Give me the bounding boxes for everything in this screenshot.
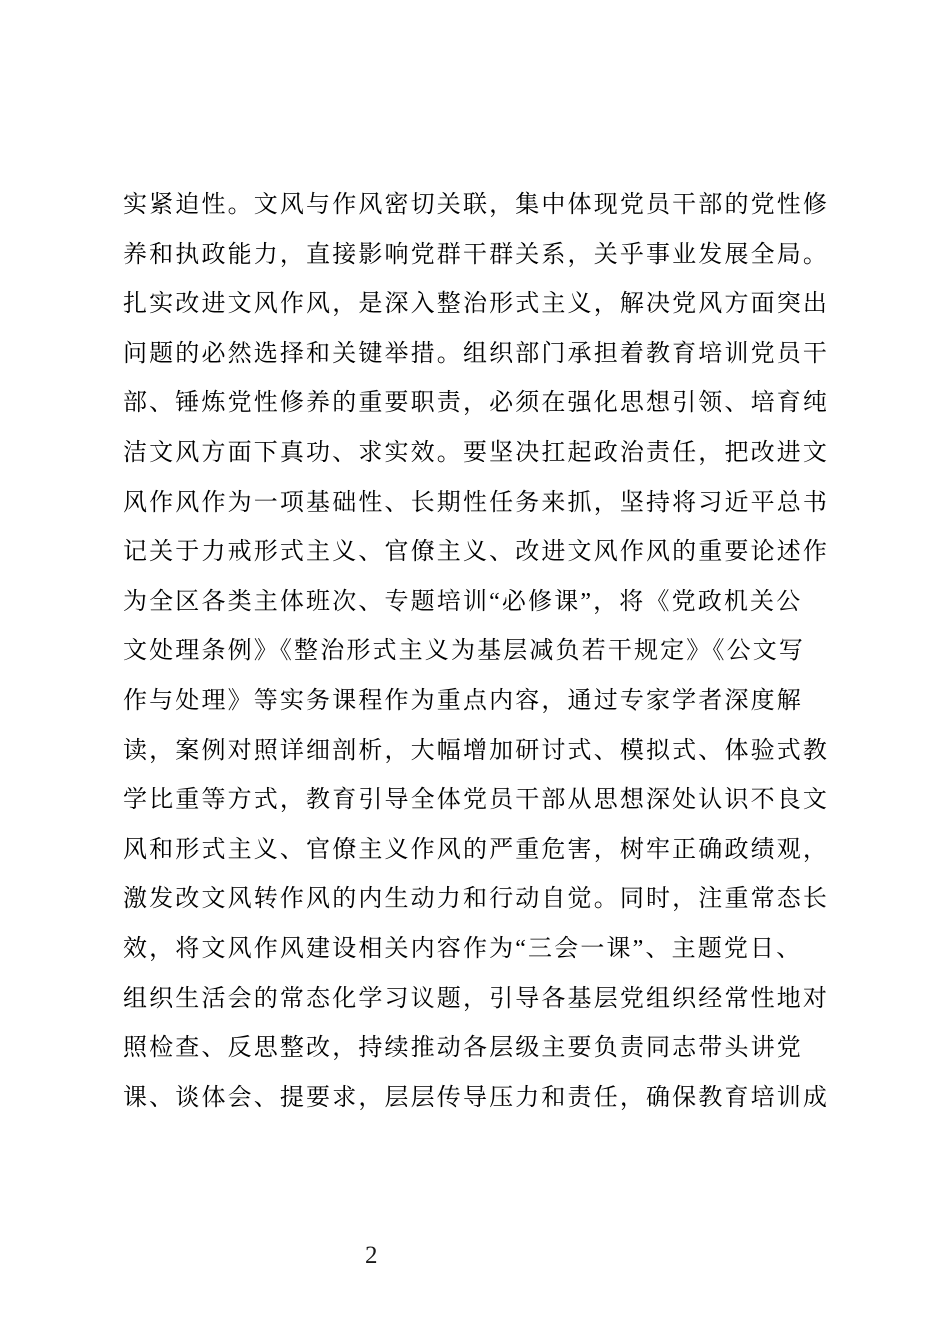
body-line: 文处理条例》《整治形式主义为基层减负若干规定》《公文写	[123, 627, 883, 677]
body-line: 洁文风方面下真功、求实效。要坚决扛起政治责任，把改进文	[123, 429, 883, 479]
page-number: 2	[365, 1241, 378, 1271]
body-line: 效，将文风作风建设相关内容作为“三会一课”、主题党日、	[123, 925, 883, 975]
body-line: 为全区各类主体班次、专题培训“必修课”，将《党政机关公	[123, 578, 883, 628]
body-line: 照检查、反思整改，持续推动各层级主要负责同志带头讲党	[123, 1024, 883, 1074]
body-line: 作与处理》等实务课程作为重点内容，通过专家学者深度解	[123, 677, 883, 727]
body-line: 部、锤炼党性修养的重要职责，必须在强化思想引领、培育纯	[123, 379, 883, 429]
body-line: 风作风作为一项基础性、长期性任务来抓，坚持将习近平总书	[123, 479, 883, 529]
body-line: 风和形式主义、官僚主义作风的严重危害，树牢正确政绩观，	[123, 826, 883, 876]
body-text-block: 实紧迫性。文风与作风密切关联，集中体现党员干部的党性修 养和执政能力，直接影响党…	[123, 181, 883, 1123]
body-line: 记关于力戒形式主义、官僚主义、改进文风作风的重要论述作	[123, 528, 883, 578]
document-page: 实紧迫性。文风与作风密切关联，集中体现党员干部的党性修 养和执政能力，直接影响党…	[0, 0, 950, 1344]
body-line: 学比重等方式，教育引导全体党员干部从思想深处认识不良文	[123, 776, 883, 826]
body-line: 读，案例对照详细剖析，大幅增加研讨式、模拟式、体验式教	[123, 727, 883, 777]
body-line: 课、谈体会、提要求，层层传导压力和责任，确保教育培训成	[123, 1074, 883, 1124]
body-line: 扎实改进文风作风，是深入整治形式主义，解决党风方面突出	[123, 280, 883, 330]
body-line: 组织生活会的常态化学习议题，引导各基层党组织经常性地对	[123, 975, 883, 1025]
body-line: 激发改文风转作风的内生动力和行动自觉。同时，注重常态长	[123, 875, 883, 925]
body-line: 实紧迫性。文风与作风密切关联，集中体现党员干部的党性修	[123, 181, 883, 231]
body-line: 问题的必然选择和关键举措。组织部门承担着教育培训党员干	[123, 330, 883, 380]
body-line: 养和执政能力，直接影响党群干群关系，关乎事业发展全局。	[123, 231, 883, 281]
